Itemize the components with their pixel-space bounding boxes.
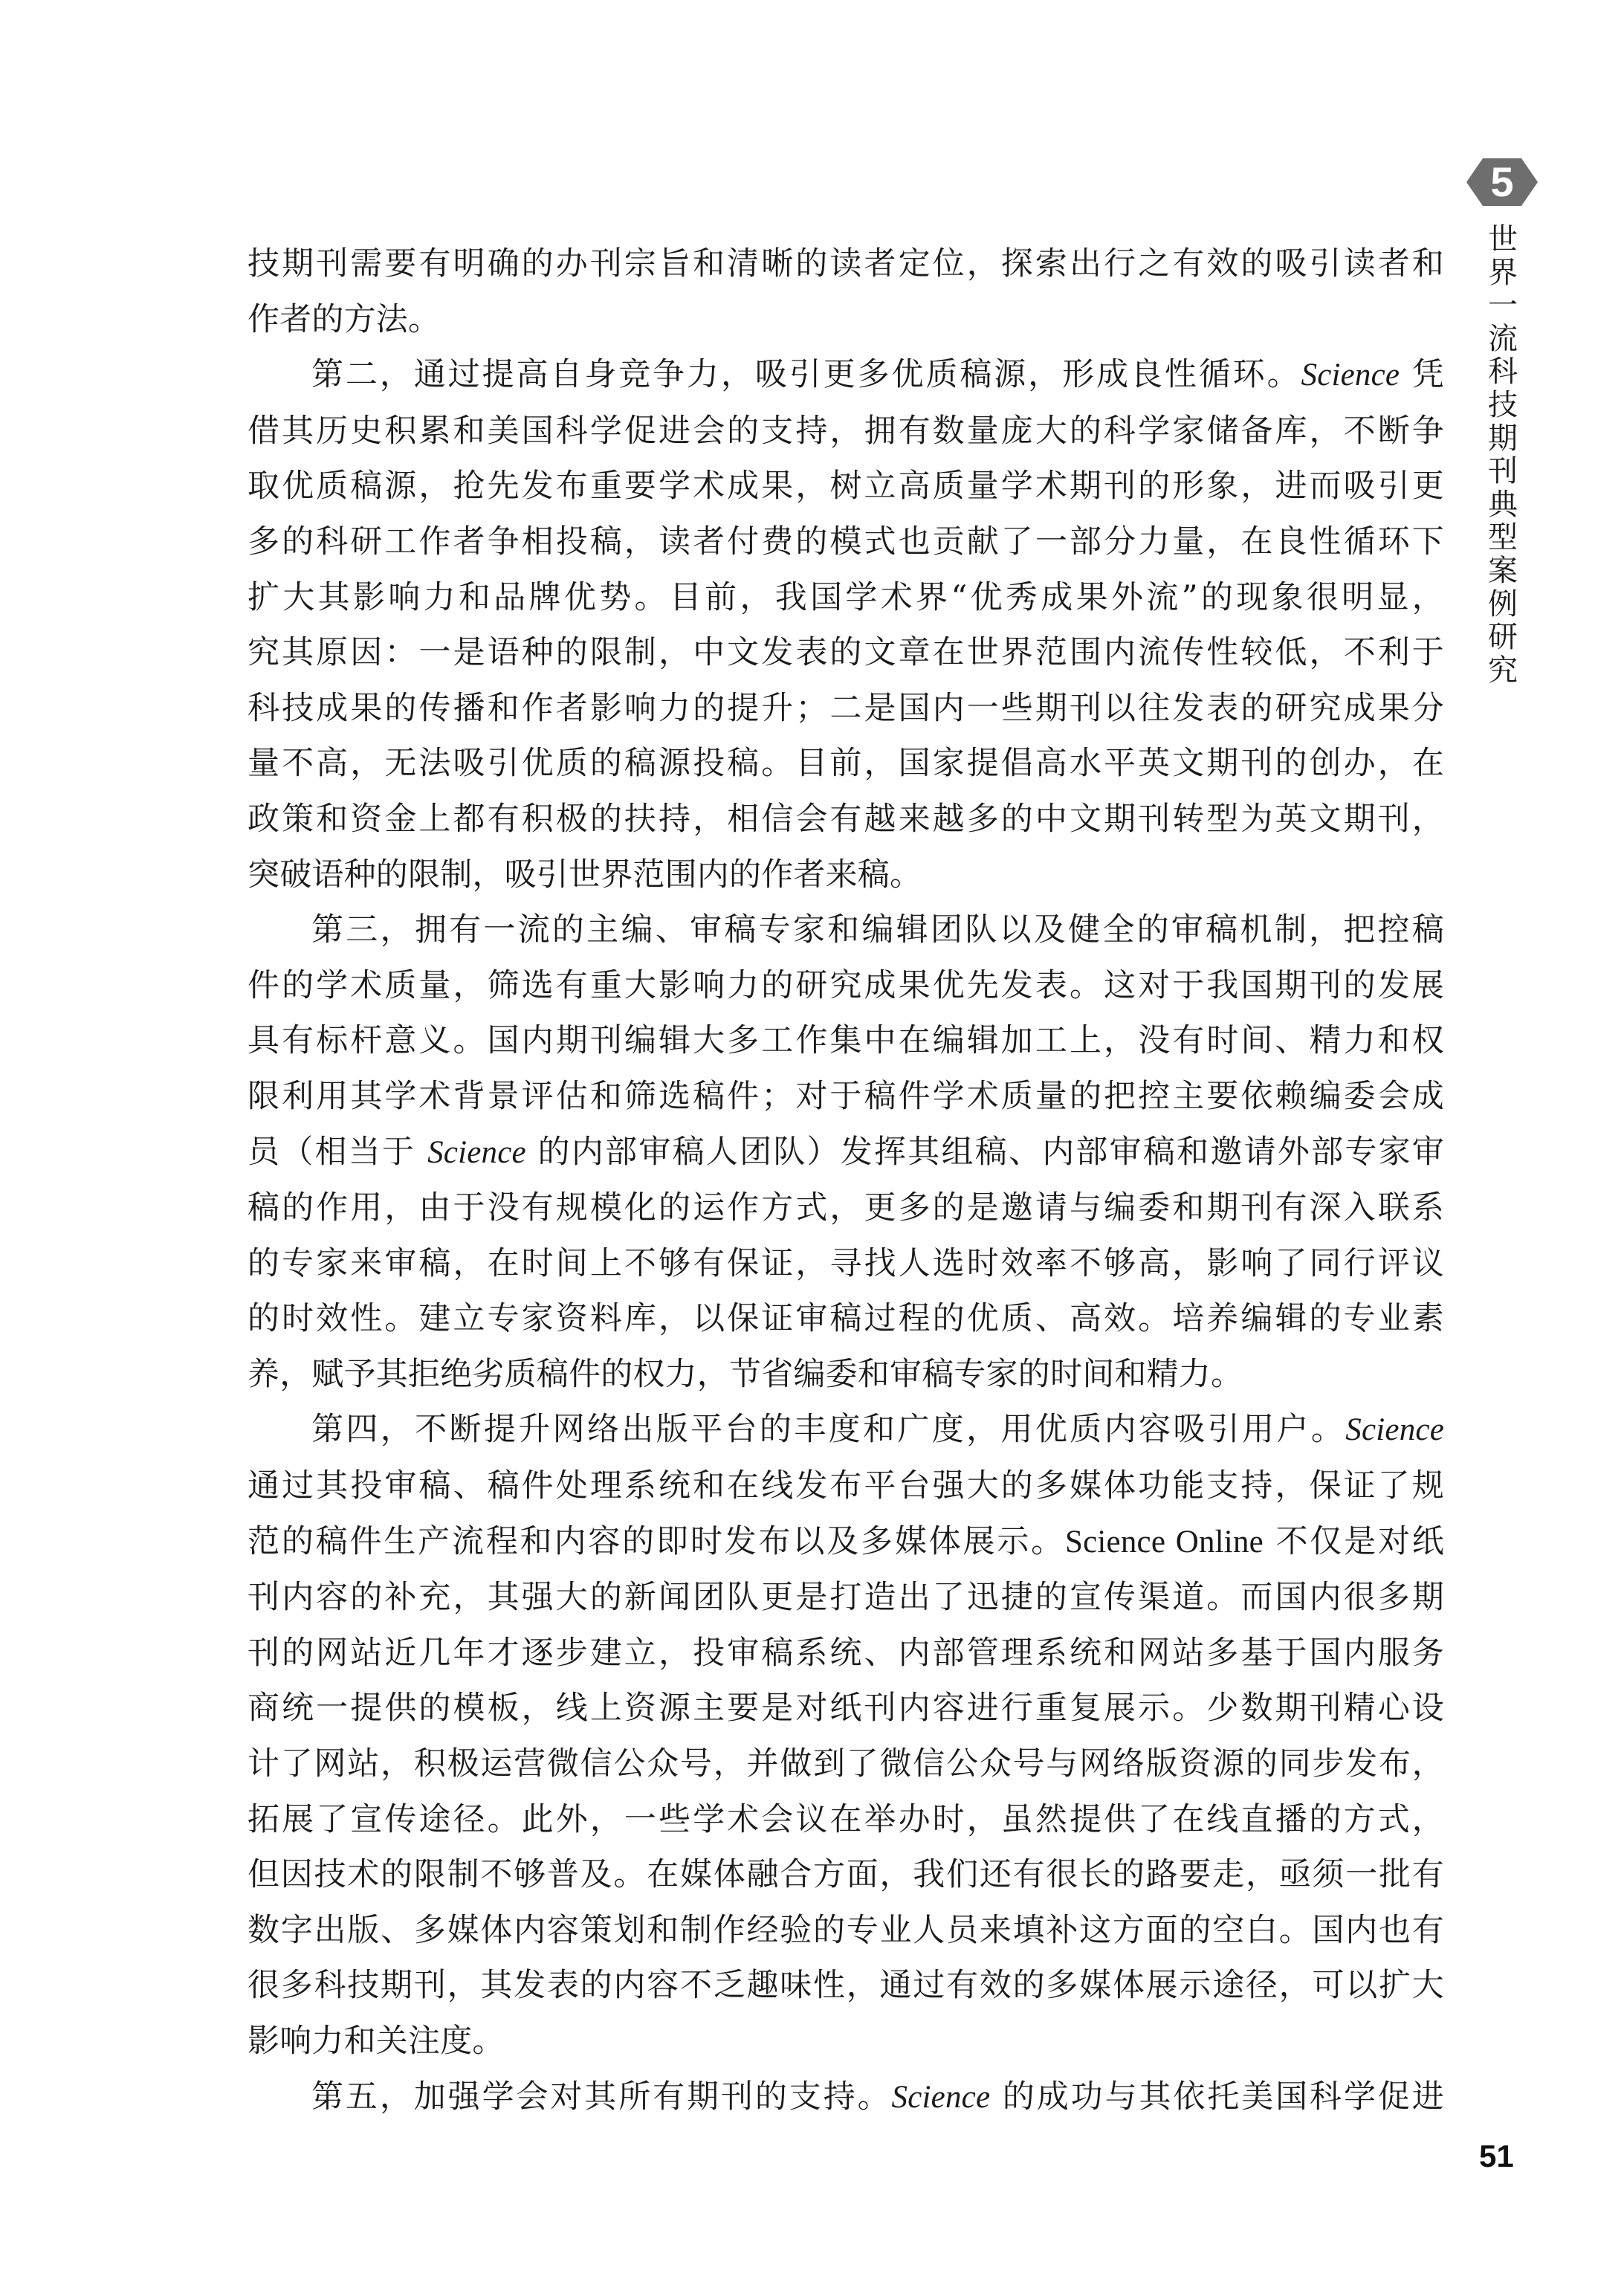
text-run: 但因技术的限制不够普及。在媒体融合方面，我们还有很长的路要走，亟须一批有 xyxy=(248,1856,1444,1893)
text-run: 刊的网站近几年才逐步建立，投审稿系统、内部管理系统和网站多基于国内服务 xyxy=(248,1635,1444,1672)
text-line: 借其历史积累和美国科学促进会的支持，拥有数量庞大的科学家储备库，不断争 xyxy=(248,404,1444,459)
text-line: 很多科技期刊，其发表的内容不乏趣味性，通过有效的多媒体展示途径，可以扩大 xyxy=(248,1958,1444,2014)
text-line: 量不高，无法吸引优质的稿源投稿。目前，国家提倡高水平英文期刊的创办，在 xyxy=(248,736,1444,792)
text-run: 商统一提供的模板，线上资源主要是对纸刊内容进行重复展示。少数期刊精心设 xyxy=(248,1690,1444,1727)
text-line: 的专家来审稿，在时间上不够有保证，寻找人选时效率不够高，影响了同行评议 xyxy=(248,1236,1444,1292)
text-line: 养，赋予其拒绝劣质稿件的权力，节省编委和审稿专家的时间和精力。 xyxy=(248,1347,1444,1403)
paragraph: 技期刊需要有明确的办刊宗旨和清晰的读者定位，探索出行之有效的吸引读者和作者的方法… xyxy=(248,236,1444,347)
text-run: 通过其投审稿、稿件处理系统和在线发布平台强大的多媒体功能支持，保证了规 xyxy=(248,1467,1444,1504)
text-run: 养，赋予其拒绝劣质稿件的权力，节省编委和审稿专家的时间和精力。 xyxy=(248,1356,1243,1393)
text-run: 的专家来审稿，在时间上不够有保证，寻找人选时效率不够高，影响了同行评议 xyxy=(248,1245,1444,1282)
journal-name-science: Science xyxy=(1301,358,1400,392)
text-line: 影响力和关注度。 xyxy=(248,2014,1444,2069)
text-run: 的成功与其依托美国科学促进 xyxy=(990,2078,1444,2115)
text-run: 借其历史积累和美国科学促进会的支持，拥有数量庞大的科学家储备库，不断争 xyxy=(248,413,1444,450)
text-run: 政策和资金上都有积极的扶持，相信会有越来越多的中文期刊转型为英文期刊， xyxy=(248,801,1444,838)
journal-name-science: Science xyxy=(892,2080,991,2115)
science-online-name: Science Online xyxy=(1065,1525,1264,1559)
text-line: 第三，拥有一流的主编、审稿专家和编辑团队以及健全的审稿机制，把控稿 xyxy=(248,902,1444,958)
text-run: 突破语种的限制，吸引世界范围内的作者来稿。 xyxy=(248,856,922,893)
text-run: 数字出版、多媒体内容策划和制作经验的专业人员来填补这方面的空白。国内也有 xyxy=(248,1912,1444,1949)
text-line: 范的稿件生产流程和内容的即时发布以及多媒体展示。Science Online 不… xyxy=(248,1514,1444,1571)
text-run: 取优质稿源，抢先发布重要学术成果，树立高质量学术期刊的形象，进而吸引更 xyxy=(248,468,1444,505)
text-line: 扩大其影响力和品牌优势。目前，我国学术界“优秀成果外流”的现象很明显， xyxy=(248,570,1444,626)
text-run: 扩大其影响力和品牌优势。目前，我国学术界“优秀成果外流”的现象很明显， xyxy=(248,579,1444,616)
book-page: 5 世界一流科技期刊典型案例研究 技期刊需要有明确的办刊宗旨和清晰的读者定位，探… xyxy=(0,0,1624,2282)
text-line: 拓展了宣传途径。此外，一些学术会议在举办时，虽然提供了在线直播的方式， xyxy=(248,1792,1444,1848)
text-line: 突破语种的限制，吸引世界范围内的作者来稿。 xyxy=(248,847,1444,903)
chapter-badge: 5 xyxy=(1466,158,1538,206)
text-run: 刊内容的补充，其强大的新闻团队更是打造出了迅捷的宣传渠道。而国内很多期 xyxy=(248,1579,1444,1616)
text-run: 凭 xyxy=(1400,356,1444,393)
text-line: 限利用其学术背景评估和筛选稿件；对于稿件学术质量的把控主要依赖编委会成 xyxy=(248,1069,1444,1125)
text-run: 稿的作用，由于没有规模化的运作方式，更多的是邀请与编委和期刊有深入联系 xyxy=(248,1189,1444,1226)
text-run: 第三，拥有一流的主编、审稿专家和编辑团队以及健全的审稿机制，把控稿 xyxy=(311,911,1444,948)
text-run: 限利用其学术背景评估和筛选稿件；对于稿件学术质量的把控主要依赖编委会成 xyxy=(248,1078,1444,1115)
text-line: 的时效性。建立专家资料库，以保证审稿过程的优质、高效。培养编辑的专业素 xyxy=(248,1291,1444,1347)
text-run: 很多科技期刊，其发表的内容不乏趣味性，通过有效的多媒体展示途径，可以扩大 xyxy=(248,1967,1444,2004)
text-line: 第四，不断提升网络出版平台的丰度和广度，用优质内容吸引用户。Science xyxy=(248,1402,1444,1458)
text-run: 的内部审稿人团队）发挥其组稿、内部审稿和邀请外部专家审 xyxy=(526,1134,1444,1171)
text-line: 第五，加强学会对其所有期刊的支持。Science 的成功与其依托美国科学促进 xyxy=(248,2069,1444,2126)
text-line: 政策和资金上都有积极的扶持，相信会有越来越多的中文期刊转型为英文期刊， xyxy=(248,792,1444,847)
text-run: 第五，加强学会对其所有期刊的支持。 xyxy=(311,2078,892,2115)
text-run: 影响力和关注度。 xyxy=(248,2023,505,2060)
journal-name-science: Science xyxy=(427,1135,526,1170)
text-run: 第四，不断提升网络出版平台的丰度和广度，用优质内容吸引用户。 xyxy=(311,1411,1345,1448)
text-run: 究其原因：一是语种的限制，中文发表的文章在世界范围内流传性较低，不利于 xyxy=(248,634,1444,671)
text-line: 但因技术的限制不够普及。在媒体融合方面，我们还有很长的路要走，亟须一批有 xyxy=(248,1847,1444,1903)
text-run: 件的学术质量，筛选有重大影响力的研究成果优先发表。这对于我国期刊的发展 xyxy=(248,967,1444,1004)
text-run: 拓展了宣传途径。此外，一些学术会议在举办时，虽然提供了在线直播的方式， xyxy=(248,1801,1444,1838)
text-run: 计了网站，积极运营微信公众号，并做到了微信公众号与网络版资源的同步发布， xyxy=(248,1745,1444,1782)
text-line: 科技成果的传播和作者影响力的提升；二是国内一些期刊以往发表的研究成果分 xyxy=(248,681,1444,737)
text-line: 多的科研工作者争相投稿，读者付费的模式也贡献了一部分力量，在良性循环下 xyxy=(248,514,1444,570)
page-number: 51 xyxy=(1479,2138,1539,2175)
journal-name-science: Science xyxy=(1345,1412,1444,1447)
paragraph: 第三，拥有一流的主编、审稿专家和编辑团队以及健全的审稿机制，把控稿件的学术质量，… xyxy=(248,902,1444,1402)
text-line: 究其原因：一是语种的限制，中文发表的文章在世界范围内流传性较低，不利于 xyxy=(248,625,1444,681)
text-line: 技期刊需要有明确的办刊宗旨和清晰的读者定位，探索出行之有效的吸引读者和 xyxy=(248,236,1444,292)
text-line: 通过其投审稿、稿件处理系统和在线发布平台强大的多媒体功能支持，保证了规 xyxy=(248,1458,1444,1514)
text-line: 员（相当于 Science 的内部审稿人团队）发挥其组稿、内部审稿和邀请外部专家… xyxy=(248,1125,1444,1181)
text-line: 商统一提供的模板，线上资源主要是对纸刊内容进行重复展示。少数期刊精心设 xyxy=(248,1681,1444,1736)
text-line: 具有标杆意义。国内期刊编辑大多工作集中在编辑加工上，没有时间、精力和权 xyxy=(248,1013,1444,1069)
text-line: 作者的方法。 xyxy=(248,292,1444,348)
text-run: 科技成果的传播和作者影响力的提升；二是国内一些期刊以往发表的研究成果分 xyxy=(248,690,1444,727)
text-run: 员（相当于 xyxy=(248,1134,427,1171)
text-run: 量不高，无法吸引优质的稿源投稿。目前，国家提倡高水平英文期刊的创办，在 xyxy=(248,745,1444,782)
text-line: 第二，通过提高自身竞争力，吸引更多优质稿源，形成良性循环。Science 凭 xyxy=(248,347,1444,404)
text-run: 多的科研工作者争相投稿，读者付费的模式也贡献了一部分力量，在良性循环下 xyxy=(248,523,1444,560)
text-run: 范的稿件生产流程和内容的即时发布以及多媒体展示。 xyxy=(248,1523,1065,1560)
text-line: 件的学术质量，筛选有重大影响力的研究成果优先发表。这对于我国期刊的发展 xyxy=(248,958,1444,1014)
text-line: 取优质稿源，抢先发布重要学术成果，树立高质量学术期刊的形象，进而吸引更 xyxy=(248,459,1444,514)
paragraph: 第五，加强学会对其所有期刊的支持。Science 的成功与其依托美国科学促进 xyxy=(248,2069,1444,2126)
running-header-chapter-title: 世界一流科技期刊典型案例研究 xyxy=(1484,223,1521,687)
text-line: 稿的作用，由于没有规模化的运作方式，更多的是邀请与编委和期刊有深入联系 xyxy=(248,1180,1444,1236)
text-line: 刊的网站近几年才逐步建立，投审稿系统、内部管理系统和网站多基于国内服务 xyxy=(248,1626,1444,1681)
text-run: 的时效性。建立专家资料库，以保证审稿过程的优质、高效。培养编辑的专业素 xyxy=(248,1300,1444,1337)
text-run: 第二，通过提高自身竞争力，吸引更多优质稿源，形成良性循环。 xyxy=(311,356,1301,393)
chapter-number: 5 xyxy=(1466,158,1538,206)
text-run: 不仅是对纸 xyxy=(1264,1523,1444,1560)
paragraph: 第四，不断提升网络出版平台的丰度和广度，用优质内容吸引用户。Science通过其… xyxy=(248,1402,1444,2069)
text-line: 刊内容的补充，其强大的新闻团队更是打造出了迅捷的宣传渠道。而国内很多期 xyxy=(248,1570,1444,1626)
text-line: 计了网站，积极运营微信公众号，并做到了微信公众号与网络版资源的同步发布， xyxy=(248,1736,1444,1792)
text-run: 作者的方法。 xyxy=(248,301,440,338)
body-text: 技期刊需要有明确的办刊宗旨和清晰的读者定位，探索出行之有效的吸引读者和作者的方法… xyxy=(248,236,1444,2125)
text-line: 数字出版、多媒体内容策划和制作经验的专业人员来填补这方面的空白。国内也有 xyxy=(248,1903,1444,1959)
paragraph: 第二，通过提高自身竞争力，吸引更多优质稿源，形成良性循环。Science 凭借其… xyxy=(248,347,1444,902)
text-run: 技期刊需要有明确的办刊宗旨和清晰的读者定位，探索出行之有效的吸引读者和 xyxy=(248,245,1444,282)
text-run: 具有标杆意义。国内期刊编辑大多工作集中在编辑加工上，没有时间、精力和权 xyxy=(248,1022,1444,1059)
